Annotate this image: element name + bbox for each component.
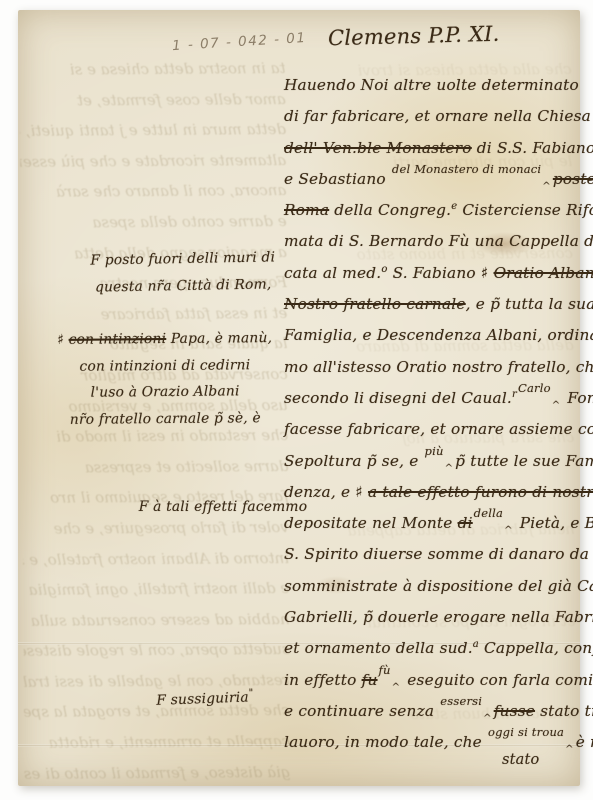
text-line: e continuare senza essersi^fusse stato t… bbox=[284, 696, 584, 727]
text-line: l'uso à Orazio Albani bbox=[52, 378, 278, 406]
handwritten-text: secondo li disegni del Caual. bbox=[284, 389, 512, 407]
struck-text: Roma bbox=[284, 201, 329, 219]
text-line: Sepoltura p̃ se, e più^p̃ tutte le sue F… bbox=[284, 446, 584, 477]
text-line: secondo li disegni del Caual.rCarlo^ Fon… bbox=[284, 383, 584, 414]
text-line: S. Spirito diuerse somme di danaro da no… bbox=[284, 539, 584, 570]
margin-note-intention: ♯ con intinzioni Papa, è manù,con intinz… bbox=[52, 325, 279, 433]
handwritten-text: eseguito con farla cominciare bbox=[402, 671, 593, 689]
text-line: depositate nel Monte didella^ Pietà, e B… bbox=[284, 508, 584, 539]
handwritten-text: è ridotta in buon bbox=[576, 733, 593, 751]
bleedthrough-line: intorno di Albani nostro fratello, e sua… bbox=[23, 543, 289, 575]
struck-text: di bbox=[458, 514, 473, 532]
handwritten-text: questa nr̃a Città di Rom, bbox=[95, 276, 272, 295]
handwritten-text: ♯ bbox=[57, 332, 69, 348]
handwritten-text: con intinzioni di cedirni bbox=[79, 357, 250, 374]
text-line: facesse fabricare, et ornare assieme con… bbox=[284, 414, 584, 445]
handwritten-text: S. Fabiano ♯ bbox=[388, 264, 494, 282]
text-line: cata al med.o S. Fabiano ♯ Oratio Albani bbox=[284, 258, 584, 289]
text-line: nr̃o fratello carnale p̃ sè, è bbox=[52, 405, 278, 433]
struck-text: a tale effetto furono di nostro ordine bbox=[368, 483, 593, 501]
handwritten-text: F à tali effetti facemmo bbox=[139, 499, 307, 515]
bleedthrough-line: cappella et ornamenti, e ridotta bbox=[24, 726, 290, 758]
handwritten-text: di far fabricare, et ornare nella Chiesa bbox=[284, 107, 591, 125]
bleedthrough-line: e darne conto della spesa bbox=[21, 206, 287, 238]
bleedthrough-line: altamente ricordate e che più essendo bbox=[20, 145, 286, 177]
bleedthrough-line: e dalli nostri fratelli, ogni famiglia bbox=[23, 573, 289, 605]
text-line: F à tali effetti facemmo bbox=[128, 494, 318, 521]
handwritten-text: mata di S. Bernardo Fù una Cappella dedi… bbox=[284, 232, 593, 250]
handwritten-text: Pietà, e Banco di bbox=[515, 514, 593, 532]
handwritten-text: p̃ tutte le sue Famiglie, e Descen: bbox=[455, 452, 593, 470]
handwritten-text: di S.S. Fabiano, bbox=[472, 139, 593, 157]
margin-note-effect: F à tali effetti facemmo bbox=[128, 494, 318, 521]
handwritten-text: et ornamento della sud. bbox=[284, 639, 473, 657]
handwritten-text: F posto fuori delli muri di bbox=[90, 249, 275, 268]
bleedthrough-line: ta in nostra detta chiesa e si bbox=[19, 53, 285, 85]
bleedthrough-line: già disteso, e fermato il conto di essa bbox=[24, 757, 290, 789]
handwritten-text: in effetto bbox=[284, 671, 362, 689]
bleedthrough-line: sudetta opera, con le regole distese bbox=[23, 634, 289, 666]
handwritten-text: Cisterciense Rifor: bbox=[457, 201, 593, 219]
handwritten-text: mo all'istesso Oratio nostro fratello, c… bbox=[284, 358, 593, 376]
text-line: F posto fuori delli muri di bbox=[78, 244, 288, 274]
text-line: ♯ con intinzioni Papa, è manù, bbox=[52, 325, 278, 353]
handwritten-text: Papa, è manù, bbox=[166, 330, 272, 347]
struck-text: fu bbox=[362, 671, 378, 689]
superscript-text: " bbox=[248, 688, 253, 699]
handwritten-text: nr̃o fratello carnale p̃ sè, è bbox=[70, 410, 261, 428]
handwritten-text: Cappella, conforme bbox=[479, 639, 593, 657]
text-line: mata di S. Bernardo Fù una Cappella dedi… bbox=[284, 226, 584, 257]
handwritten-text: stato tralasciato il bbox=[535, 702, 593, 720]
caret-mark: ^ bbox=[565, 734, 574, 765]
text-line: Famiglia, e Descendenza Albani, ordinam: bbox=[284, 320, 584, 351]
caret-mark: ^ bbox=[392, 672, 401, 703]
bleedthrough-line: amor delle cose fermate, et bbox=[20, 84, 286, 116]
margin-note-location: F posto fuori delli muri diquesta nr̃a C… bbox=[78, 244, 289, 301]
text-line: Hauendo Noi altre uolte determinato bbox=[284, 70, 584, 101]
caret-mark: ^ bbox=[445, 453, 454, 484]
handwritten-text: Sepoltura p̃ se, e bbox=[284, 452, 424, 470]
handwritten-text: e Sebastiano bbox=[284, 170, 391, 188]
handwritten-text: l'uso à Orazio Albani bbox=[91, 383, 240, 400]
handwritten-text: Fontana, la bbox=[562, 389, 593, 407]
trailing-word: stato bbox=[502, 752, 539, 768]
text-line: questa nr̃a Città di Rom, bbox=[78, 271, 288, 301]
handwritten-text: cata al med. bbox=[284, 264, 381, 282]
handwritten-text: Famiglia, e Descendenza Albani, ordinam: bbox=[284, 326, 593, 344]
text-line: con intinzioni di cedirni bbox=[52, 352, 278, 380]
main-text-block: Hauendo Noi altre uolte determinatodi fa… bbox=[284, 70, 584, 759]
text-line: Roma della Congreg.e Cisterciense Rifor: bbox=[284, 195, 584, 226]
handwritten-text: Gabrielli, p̃ douerle erogare nella Fabr… bbox=[284, 608, 593, 626]
caret-mark: ^ bbox=[504, 515, 513, 546]
text-line: Gabrielli, p̃ douerle erogare nella Fabr… bbox=[284, 602, 584, 633]
caret-mark: ^ bbox=[542, 171, 551, 202]
text-line: et ornamento della sud.a Cappella, confo… bbox=[284, 633, 584, 664]
bleedthrough-line: ancora, con il danaro che sarà bbox=[20, 175, 286, 207]
scanned-page: ta in nostra detta chiesa e siamor delle… bbox=[0, 0, 593, 800]
bleedthrough-line: darne sollecito et espressa bbox=[22, 451, 288, 483]
bleedthrough-line: habbia ad essere conseruata sulla bbox=[23, 604, 289, 636]
handwritten-text: S. Spirito diuerse somme di danaro da no… bbox=[284, 545, 593, 563]
text-line: e Sebastiano del Monastero di monaci^pos… bbox=[284, 164, 584, 195]
handwritten-text: e continuare senza bbox=[284, 702, 439, 720]
handwritten-text: Hauendo Noi altre uolte determinato bbox=[284, 76, 579, 94]
text-line: in effetto fufù^ eseguito con farla comi… bbox=[284, 665, 584, 696]
text-line: dell' Ven.ble Monastero di S.S. Fabiano, bbox=[284, 133, 584, 164]
caret-mark: ^ bbox=[552, 390, 561, 421]
struck-text: Nostro fratello carnale bbox=[284, 295, 466, 313]
handwritten-text: della Congreg. bbox=[329, 201, 451, 219]
text-line: Nostro fratello carnale, e p̃ tutta la s… bbox=[284, 289, 584, 320]
struck-text: poste fuori delle Mura bbox=[553, 170, 593, 188]
struck-text: fusse bbox=[494, 702, 535, 720]
handwritten-text: F sussiguiria bbox=[156, 689, 249, 708]
handwritten-text: , e p̃ tutta la sua bbox=[466, 295, 593, 313]
text-line: denza, e ♯ a tale effetto furono di nost… bbox=[284, 477, 584, 508]
struck-text: Oratio Albani bbox=[494, 264, 593, 282]
text-line: mo all'istesso Oratio nostro fratello, c… bbox=[284, 352, 584, 383]
text-line: somministrate à dispositione del già Car… bbox=[284, 571, 584, 602]
document-heading: Clemens P.P. XI. bbox=[328, 22, 500, 50]
handwritten-text: somministrate à dispositione del già Car… bbox=[284, 577, 593, 595]
handwritten-text: lauoro, in modo tale, che bbox=[284, 733, 487, 751]
handwritten-text: facesse fabricare, et ornare assieme con… bbox=[284, 420, 593, 438]
superscript-text: r bbox=[512, 389, 517, 400]
bleedthrough-line: detta mura in lutte e j tanti quieti, e bbox=[20, 114, 286, 146]
text-line: di far fabricare, et ornare nella Chiesa bbox=[284, 101, 584, 132]
struck-text: con intinzioni bbox=[69, 331, 167, 348]
struck-text: dell' Ven.ble Monastero bbox=[284, 139, 472, 157]
